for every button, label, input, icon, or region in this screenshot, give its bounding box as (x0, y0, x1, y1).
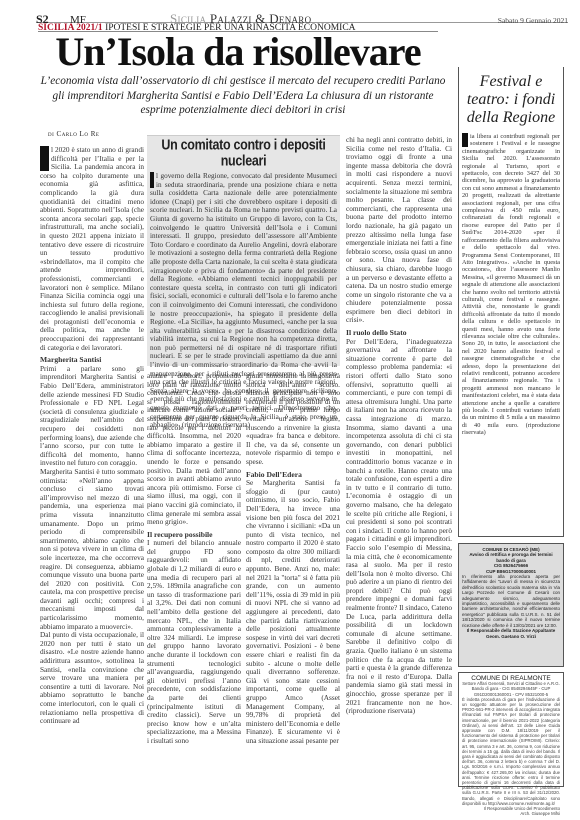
boxout-title: Un comitato contro i depositi nucleari (147, 137, 340, 169)
paragraph: Se Margherita Santisi fa sfoggio di (pur… (246, 479, 340, 745)
byline: di Carlo Lo Re (48, 130, 99, 138)
page-header: S2 MF Sicilia Palazzi & Denaro Sabato 9 … (36, 11, 568, 23)
drop-cap (150, 172, 154, 188)
nuclear-boxout: Un comitato contro i depositi nucleari l… (147, 135, 340, 366)
notice-signer: Arch. Giuseppe Mifsi (462, 811, 560, 816)
paragraph: Margherita Santisi è tutto sommato ottim… (40, 468, 144, 631)
notice-codes: Bando di gara - CIG 8548294645F - CUP G9… (462, 686, 560, 696)
article-column-1: l 2020 è stato un anno di grandi diffico… (40, 146, 144, 726)
paragraph: Dal punto di vista occupazionale, il 202… (40, 631, 144, 726)
headline: Un’Isola da risollevare (38, 30, 438, 74)
drop-cap (40, 146, 49, 171)
notice-body: È indetta procedura di gara per l’indivi… (462, 697, 560, 806)
notice-subtitle: Avviso di rettifica e proroga dei termin… (462, 552, 560, 563)
paragraph: I numeri del bilancio annuale del gruppo… (147, 539, 241, 745)
paragraph: chi ha negli anni contratto debiti, in S… (346, 136, 452, 325)
legal-notice-cesaro: COMUNE DI CESARÒ (ME) Avviso di rettific… (458, 543, 564, 667)
paragraph: Primi a parlare sono gli imprenditori Ma… (40, 365, 144, 468)
issue-date: Sabato 9 Gennaio 2021 (498, 16, 568, 25)
paragraph: Per Dell’Edera, l’inadeguatezza governat… (346, 338, 452, 716)
legal-notice-realmonte: COMUNE DI REALMONTE Settore Affari Gener… (458, 672, 564, 787)
sidebar-article: Festival e teatro: i fondi della Regione… (458, 67, 564, 537)
notice-signer: Geom. Gaetano O. Virzì (462, 634, 560, 639)
paragraph: aiutare i debitori, proponendo loro pian… (147, 372, 241, 527)
sidebar-body: ia libera ai contributi regionali per so… (459, 127, 563, 437)
subheadline: L’economia vista dall’osservatorio di ch… (38, 74, 448, 118)
sidebar-title: Festival e teatro: i fondi della Regione (459, 73, 563, 127)
article-column-2: aiutare i debitori, proponendo loro pian… (147, 372, 241, 746)
article-column-4: chi ha negli anni contratto debiti, in S… (346, 136, 452, 716)
drop-cap (462, 133, 468, 147)
paragraph: l 2020 è stato un anno di grandi diffico… (40, 146, 144, 352)
notice-signer-role: Il Responsabile della Stazione Appaltant… (462, 628, 560, 633)
paragraph: giunti nonostante la singolarità storica… (246, 372, 340, 467)
article-column-3: giunti nonostante la singolarità storica… (246, 372, 340, 746)
notice-body: In riferimento alla procedura aperta per… (462, 574, 560, 628)
